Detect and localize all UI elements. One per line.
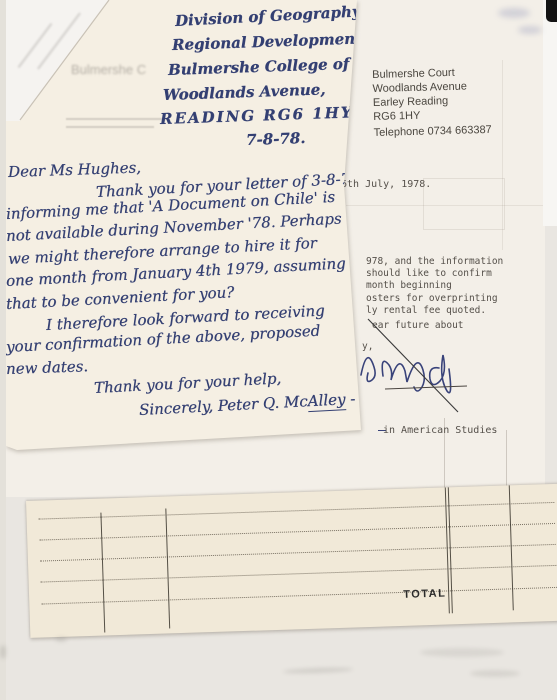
typed-fragment-line: 978, and the information (366, 256, 503, 268)
form-column-rule (165, 508, 170, 628)
handwritten-note-wrap: Bulmershe C Division of Geography & Regi… (6, 0, 372, 452)
scanner-corner-black (546, 0, 557, 22)
pencil-smudge (283, 667, 353, 674)
signature-scrawl (355, 313, 481, 423)
note-date: 7-8-78. (246, 129, 306, 149)
scanner-edge-right (543, 0, 557, 226)
form-dotted-row (39, 523, 555, 541)
paper-crease (423, 178, 505, 230)
note-signoff: Sincerely, Peter Q. McAlley - (139, 390, 356, 419)
handwritten-note-sheet: Bulmershe C Division of Geography & Regi… (6, 0, 372, 452)
note-heading-line: Bulmershe College of H.E. (168, 53, 391, 79)
typed-fragment-line: month beginning (366, 280, 503, 292)
note-heading-line: Woodlands Avenue, (163, 80, 326, 104)
letterhead-phone: Telephone 0734 663387 (374, 123, 492, 140)
pencil-smudge (0, 645, 6, 659)
typed-fragment-line: osters for overprinting (366, 293, 503, 305)
typed-title-fragment: in American Studies (383, 425, 497, 436)
signoff-name-underlined: Alley (307, 390, 346, 412)
scanned-document: Bulmershe Court Woodlands Avenue Earley … (0, 0, 557, 700)
paper-crease (506, 430, 507, 494)
note-body-line: Dear Ms Hughes, (8, 158, 142, 181)
note-body-line: Thank you for your help, (94, 369, 282, 397)
scanner-edge-left (0, 0, 6, 700)
paper-crease (444, 418, 445, 494)
form-dotted-row (41, 565, 557, 583)
signoff-prefix: Sincerely, Peter Q. Mc (139, 392, 309, 419)
pencil-smudge (470, 670, 520, 677)
typed-fragment-line: should like to confirm (366, 268, 503, 280)
pencil-smudge (55, 637, 67, 642)
invoice-form-sheet: TOTAL (26, 484, 557, 638)
ink-showthrough-blob (518, 26, 542, 34)
showthrough-line (66, 118, 166, 120)
form-dotted-row (41, 587, 557, 605)
form-dotted-row (39, 502, 555, 520)
total-label: TOTAL (403, 587, 447, 600)
note-body-line: new dates. (6, 357, 89, 378)
form-column-rule (100, 513, 105, 633)
showthrough-line (66, 126, 154, 128)
ink-showthrough-blob (498, 8, 530, 18)
form-dotted-row (40, 544, 556, 562)
pencil-smudge (420, 648, 504, 657)
typed-body-fragments: 978, and the information should like to … (366, 256, 503, 317)
letterhead-line: RG6 1HY (373, 107, 491, 124)
letterhead-address: Bulmershe Court Woodlands Avenue Earley … (372, 65, 492, 140)
note-heading-line: READING RG6 1HY. (160, 103, 359, 128)
signoff-suffix: - (345, 390, 356, 408)
note-heading-line: Division of Geography & (175, 1, 380, 30)
signature-underline (385, 386, 467, 389)
showthrough-text: Bulmershe C (71, 62, 146, 77)
